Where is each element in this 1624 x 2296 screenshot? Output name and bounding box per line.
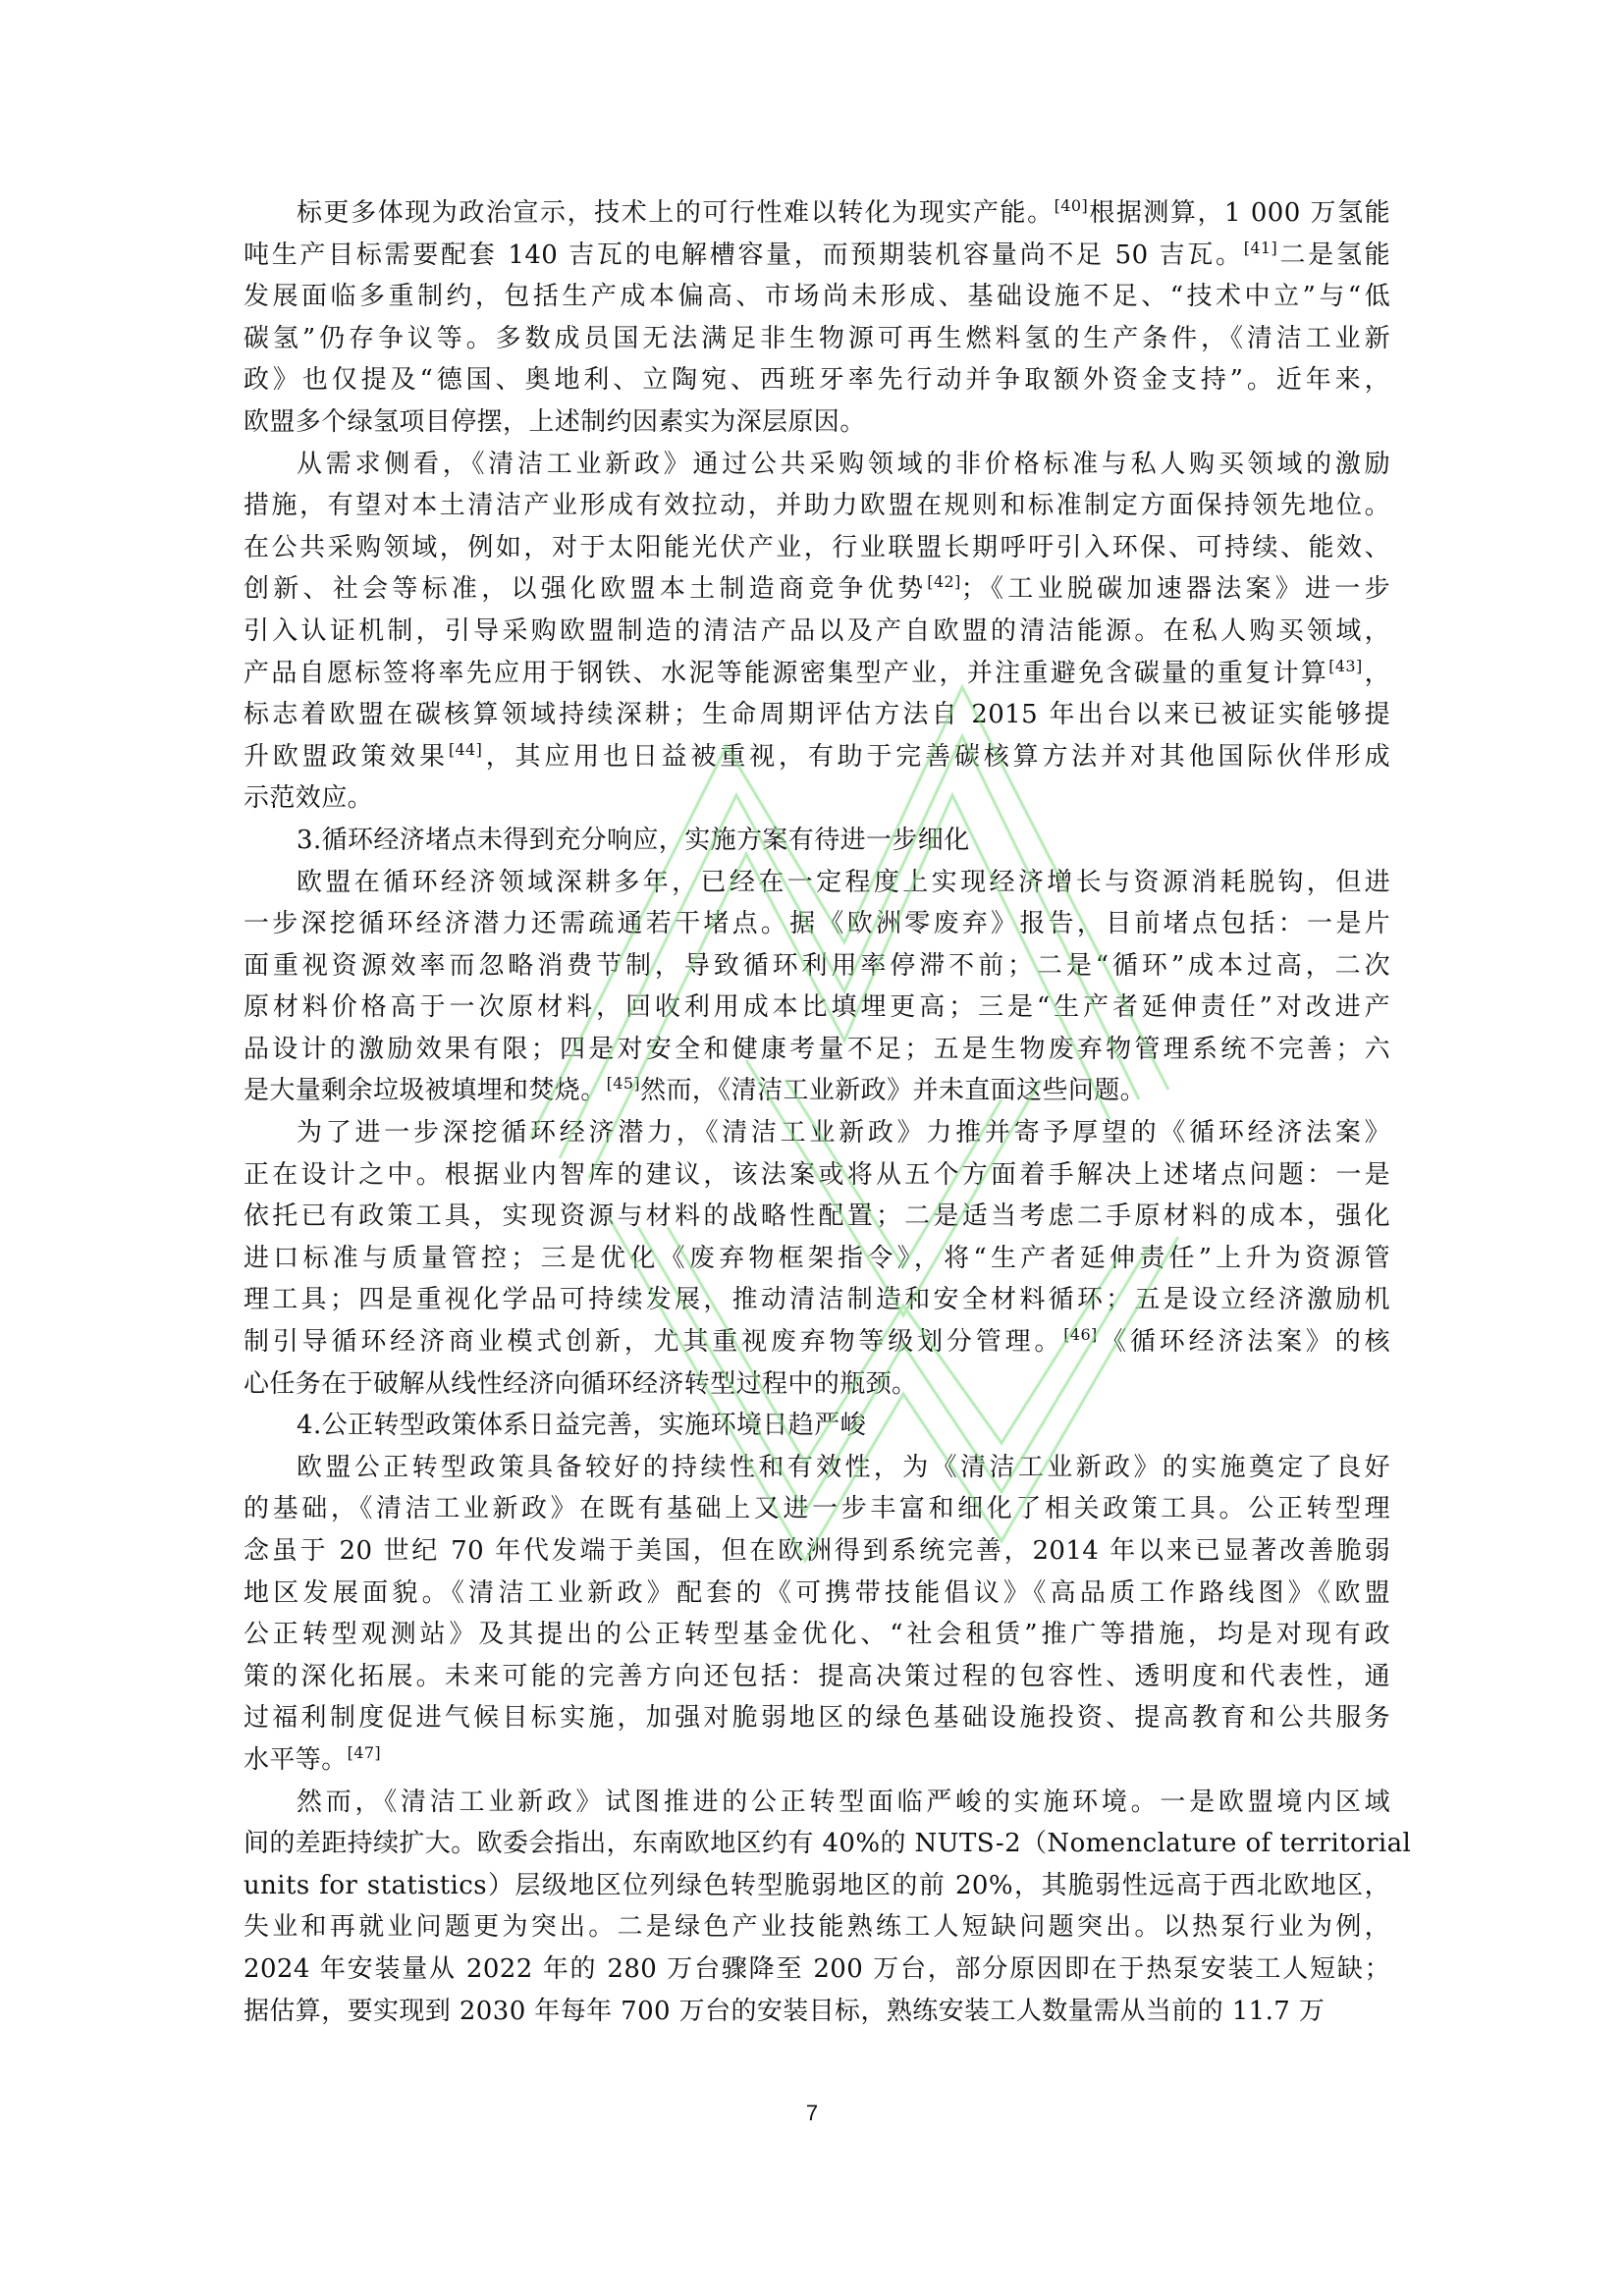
text-run: 原材料价格高于一次原材料，回收利用成本比填埋更高；三是“生产者延伸责任”对改进产: [244, 992, 1390, 1022]
paragraph-line: 标更多体现为政治宣示，技术上的可行性难以转化为现实产能。[40]根据测算，1 0…: [244, 192, 1390, 235]
text-run: 二是氢能: [1277, 240, 1390, 270]
paragraph-line: 原材料价格高于一次原材料，回收利用成本比填埋更高；三是“生产者延伸责任”对改进产: [244, 987, 1390, 1029]
paragraph-line: 品设计的激励效果有限；四是对安全和健康考量不足；五是生物废弃物管理系统不完善；六: [244, 1029, 1390, 1071]
paragraph-line: 一步深挖循环经济潜力还需疏通若干堵点。据《欧洲零废弃》报告，目前堵点包括：一是片: [244, 903, 1390, 945]
text-run: 然而，《清洁工业新政》试图推进的公正转型面临严峻的实施环境。一是欧盟境内区域: [297, 1788, 1390, 1817]
text-run: 地区发展面貌。《清洁工业新政》配套的《可携带技能倡议》《高品质工作路线图》《欧盟: [244, 1578, 1390, 1608]
citation-ref: [41]: [1244, 239, 1277, 257]
paragraph-line: 吨生产目标需要配套 140 吉瓦的电解槽容量，而预期装机容量尚不足 50 吉瓦。…: [244, 235, 1390, 277]
paragraph-line: 水平等。[47]: [244, 1739, 1390, 1782]
paragraph-line: 理工具；四是重视化学品可持续发展，推动清洁制造和安全材料循环；五是设立经济激励机: [244, 1279, 1390, 1321]
paragraph-line: 进口标准与质量管控；三是优化《废弃物框架指令》，将“生产者延伸责任”上升为资源管: [244, 1238, 1390, 1280]
text-run: 措施，有望对本土清洁产业形成有效拉动，并助力欧盟在规则和标准制定方面保持领先地位…: [244, 491, 1390, 520]
text-run: 制引导循环经济商业模式创新，尤其重视废弃物等级划分管理。: [244, 1327, 1063, 1357]
paragraph-line: 过福利制度促进气候目标实施，加强对脆弱地区的绿色基础设施投资、提高教育和公共服务: [244, 1697, 1390, 1739]
paragraph-line: 制引导循环经济商业模式创新，尤其重视废弃物等级划分管理。[46]《循环经济法案》…: [244, 1321, 1390, 1363]
text-run: 产品自愿标签将率先应用于钢铁、水泥等能源密集型产业，并注重避免含碳量的重复计算: [244, 659, 1328, 688]
section-heading: 3.循环经济堵点未得到充分响应，实施方案有待进一步细化: [244, 820, 1390, 862]
paragraph-line: 间的差距持续扩大。欧委会指出，东南欧地区约有 40%的 NUTS-2（Nomen…: [244, 1823, 1390, 1865]
text-run: 示范效应。: [244, 783, 373, 813]
paragraph-line: 心任务在于破解从线性经济向循环经济转型过程中的瓶颈。: [244, 1363, 1390, 1406]
paragraph-line: 从需求侧看，《清洁工业新政》通过公共采购领域的非价格标准与私人购买领域的激励: [244, 444, 1390, 486]
paragraph-line: units for statistics）层级地区位列绿色转型脆弱地区的前 20…: [244, 1865, 1390, 1907]
text-run: 的基础，《清洁工业新政》在既有基础上又进一步丰富和细化了相关政策工具。公正转型理: [244, 1494, 1390, 1523]
text-run: 标志着欧盟在碳核算领域持续深耕；生命周期评估方法自 2015 年出台以来已被证实…: [244, 700, 1390, 729]
section-heading: 4.公正转型政策体系日益完善，实施环境日趋严峻: [244, 1405, 1390, 1447]
text-run: 理工具；四是重视化学品可持续发展，推动清洁制造和安全材料循环；五是设立经济激励机: [244, 1285, 1390, 1314]
text-run: 政》也仅提及“德国、奥地利、立陶宛、西班牙率先行动并争取额外资金支持”。近年来，: [244, 365, 1390, 395]
paragraph-line: 示范效应。: [244, 777, 1390, 820]
text-run: 欧盟多个绿氢项目停摆，上述制约因素实为深层原因。: [244, 407, 866, 437]
text-run: 发展面临多重制约，包括生产成本偏高、市场尚未形成、基础设施不足、“技术中立”与“…: [244, 282, 1390, 311]
paragraph-line: 正在设计之中。根据业内智库的建议，该法案或将从五个方面着手解决上述堵点问题：一是: [244, 1154, 1390, 1197]
text-run: 品设计的激励效果有限；四是对安全和健康考量不足；五是生物废弃物管理系统不完善；六: [244, 1035, 1390, 1064]
text-run: 间的差距持续扩大。欧委会指出，东南欧地区约有 40%的 NUTS-2（Nomen…: [244, 1829, 1411, 1858]
text-run: 根据测算，1 000 万氢能: [1088, 198, 1390, 228]
text-run: 心任务在于破解从线性经济向循环经济转型过程中的瓶颈。: [244, 1369, 917, 1399]
text-run: units for statistics）层级地区位列绿色转型脆弱地区的前 20…: [244, 1871, 1390, 1900]
text-run: 引入认证机制，引导采购欧盟制造的清洁产品以及产自欧盟的清洁能源。在私人购买领域，: [244, 616, 1390, 646]
text-run: 碳氢”仍存争议等。多数成员国无法满足非生物源可再生燃料氢的生产条件，《清洁工业新: [244, 324, 1390, 353]
text-run: 水平等。: [244, 1745, 348, 1775]
paragraph-line: 地区发展面貌。《清洁工业新政》配套的《可携带技能倡议》《高品质工作路线图》《欧盟: [244, 1573, 1390, 1615]
text-run: 欧盟在循环经济领域深耕多年，已经在一定程度上实现经济增长与资源消耗脱钩，但进: [297, 868, 1390, 897]
paragraph-line: 2024 年安装量从 2022 年的 280 万台骤降至 200 万台，部分原因…: [244, 1949, 1390, 1991]
paragraph-line: 发展面临多重制约，包括生产成本偏高、市场尚未形成、基础设施不足、“技术中立”与“…: [244, 276, 1390, 318]
text-run: 2024 年安装量从 2022 年的 280 万台骤降至 200 万台，部分原因…: [244, 1954, 1390, 1984]
paragraph-line: 策的深化拓展。未来可能的完善方向还包括：提高决策过程的包容性、透明度和代表性，通: [244, 1656, 1390, 1698]
text-run: 依托已有政策工具，实现资源与材料的战略性配置；二是适当考虑二手原材料的成本，强化: [244, 1201, 1390, 1231]
paragraph-line: 的基础，《清洁工业新政》在既有基础上又进一步丰富和细化了相关政策工具。公正转型理: [244, 1488, 1390, 1530]
paragraph-line: 升欧盟政策效果[44]，其应用也日益被重视，有助于完善碳核算方法并对其他国际伙伴…: [244, 736, 1390, 778]
text-run: 过福利制度促进气候目标实施，加强对脆弱地区的绿色基础设施投资、提高教育和公共服务: [244, 1703, 1390, 1733]
text-run: 在公共采购领域，例如，对于太阳能光伏产业，行业联盟长期呼吁引入环保、可持续、能效…: [244, 533, 1390, 562]
paragraph-line: 产品自愿标签将率先应用于钢铁、水泥等能源密集型产业，并注重避免含碳量的重复计算[…: [244, 653, 1390, 695]
paragraph-line: 标志着欧盟在碳核算领域持续深耕；生命周期评估方法自 2015 年出台以来已被证实…: [244, 694, 1390, 736]
citation-ref: [46]: [1063, 1325, 1097, 1344]
paragraph-line: 欧盟多个绿氢项目停摆，上述制约因素实为深层原因。: [244, 401, 1390, 444]
citation-ref: [43]: [1328, 657, 1362, 675]
text-run: ，其应用也日益被重视，有助于完善碳核算方法并对其他国际伙伴形成: [482, 742, 1390, 772]
text-run: 是大量剩余垃圾被填埋和焚烧。: [244, 1076, 607, 1105]
citation-ref: [45]: [607, 1074, 640, 1093]
text-run: 4.公正转型政策体系日益完善，实施环境日趋严峻: [297, 1411, 866, 1440]
text-run: 升欧盟政策效果: [244, 742, 449, 772]
paragraph-line: 是大量剩余垃圾被填埋和焚烧。[45]然而，《清洁工业新政》并未直面这些问题。: [244, 1070, 1390, 1112]
citation-ref: [44]: [449, 740, 482, 759]
paragraph-line: 依托已有政策工具，实现资源与材料的战略性配置；二是适当考虑二手原材料的成本，强化: [244, 1196, 1390, 1238]
text-run: 进口标准与质量管控；三是优化《废弃物框架指令》，将“生产者延伸责任”上升为资源管: [244, 1244, 1390, 1273]
paragraph-line: 在公共采购领域，例如，对于太阳能光伏产业，行业联盟长期呼吁引入环保、可持续、能效…: [244, 527, 1390, 569]
text-run: 标更多体现为政治宣示，技术上的可行性难以转化为现实产能。: [297, 198, 1055, 228]
paragraph-line: 然而，《清洁工业新政》试图推进的公正转型面临严峻的实施环境。一是欧盟境内区域: [244, 1782, 1390, 1824]
text-run: 从需求侧看，《清洁工业新政》通过公共采购领域的非价格标准与私人购买领域的激励: [297, 450, 1390, 479]
citation-ref: [42]: [927, 572, 960, 591]
text-run: 欧盟公正转型政策具备较好的持续性和有效性，为《清洁工业新政》的实施奠定了良好: [297, 1453, 1390, 1482]
paragraph-line: 欧盟公正转型政策具备较好的持续性和有效性，为《清洁工业新政》的实施奠定了良好: [244, 1447, 1390, 1489]
document-page: 标更多体现为政治宣示，技术上的可行性难以转化为现实产能。[40]根据测算，1 0…: [244, 192, 1390, 2032]
text-run: 《循环经济法案》的核: [1098, 1327, 1390, 1357]
paragraph-line: 碳氢”仍存争议等。多数成员国无法满足非生物源可再生燃料氢的生产条件，《清洁工业新: [244, 318, 1390, 360]
text-run: 面重视资源效率而忽略消费节制，导致循环利用率停滞不前；二是“循环”成本过高，二次: [244, 951, 1390, 981]
paragraph-line: 措施，有望对本土清洁产业形成有效拉动，并助力欧盟在规则和标准制定方面保持领先地位…: [244, 485, 1390, 527]
paragraph-line: 念虽于 20 世纪 70 年代发端于美国，但在欧洲得到系统完善，2014 年以来…: [244, 1530, 1390, 1573]
text-run: 为了进一步深挖循环经济潜力，《清洁工业新政》力推并寄予厚望的《循环经济法案》: [297, 1118, 1390, 1148]
text-run: 策的深化拓展。未来可能的完善方向还包括：提高决策过程的包容性、透明度和代表性，通: [244, 1662, 1390, 1691]
text-run: 吨生产目标需要配套 140 吉瓦的电解槽容量，而预期装机容量尚不足 50 吉瓦。: [244, 240, 1244, 270]
text-run: 正在设计之中。根据业内智库的建议，该法案或将从五个方面着手解决上述堵点问题：一是: [244, 1160, 1390, 1190]
text-run: 3.循环经济堵点未得到充分响应，实施方案有待进一步细化: [297, 826, 970, 855]
paragraph-line: 面重视资源效率而忽略消费节制，导致循环利用率停滞不前；二是“循环”成本过高，二次: [244, 945, 1390, 988]
citation-ref: [40]: [1055, 196, 1088, 215]
text-run: 公正转型观测站》及其提出的公正转型基金优化、“社会租赁”推广等措施，均是对现有政: [244, 1620, 1390, 1649]
text-run: ，: [1363, 659, 1390, 688]
text-run: ；《工业脱碳加速器法案》进一步: [961, 574, 1390, 604]
paragraph-line: 据估算，要实现到 2030 年每年 700 万台的安装目标，熟练安装工人数量需从…: [244, 1991, 1390, 2033]
text-run: 据估算，要实现到 2030 年每年 700 万台的安装目标，熟练安装工人数量需从…: [244, 1997, 1325, 2026]
citation-ref: [47]: [348, 1743, 381, 1762]
paragraph-line: 政》也仅提及“德国、奥地利、立陶宛、西班牙率先行动并争取额外资金支持”。近年来，: [244, 359, 1390, 401]
paragraph-line: 引入认证机制，引导采购欧盟制造的清洁产品以及产自欧盟的清洁能源。在私人购买领域，: [244, 611, 1390, 653]
paragraph-line: 失业和再就业问题更为突出。二是绿色产业技能熟练工人短缺问题突出。以热泵行业为例，: [244, 1906, 1390, 1949]
paragraph-line: 欧盟在循环经济领域深耕多年，已经在一定程度上实现经济增长与资源消耗脱钩，但进: [244, 862, 1390, 904]
page-number: 7: [0, 2101, 1624, 2126]
text-run: 创新、社会等标准，以强化欧盟本土制造商竞争优势: [244, 574, 927, 604]
text-run: 念虽于 20 世纪 70 年代发端于美国，但在欧洲得到系统完善，2014 年以来…: [244, 1536, 1390, 1566]
paragraph-line: 公正转型观测站》及其提出的公正转型基金优化、“社会租赁”推广等措施，均是对现有政: [244, 1614, 1390, 1656]
paragraph-line: 为了进一步深挖循环经济潜力，《清洁工业新政》力推并寄予厚望的《循环经济法案》: [244, 1112, 1390, 1154]
paragraph-line: 创新、社会等标准，以强化欧盟本土制造商竞争优势[42]；《工业脱碳加速器法案》进…: [244, 568, 1390, 611]
text-run: 然而，《清洁工业新政》并未直面这些问题。: [640, 1076, 1146, 1105]
text-run: 失业和再就业问题更为突出。二是绿色产业技能熟练工人短缺问题突出。以热泵行业为例，: [244, 1912, 1390, 1942]
text-run: 一步深挖循环经济潜力还需疏通若干堵点。据《欧洲零废弃》报告，目前堵点包括：一是片: [244, 909, 1390, 938]
